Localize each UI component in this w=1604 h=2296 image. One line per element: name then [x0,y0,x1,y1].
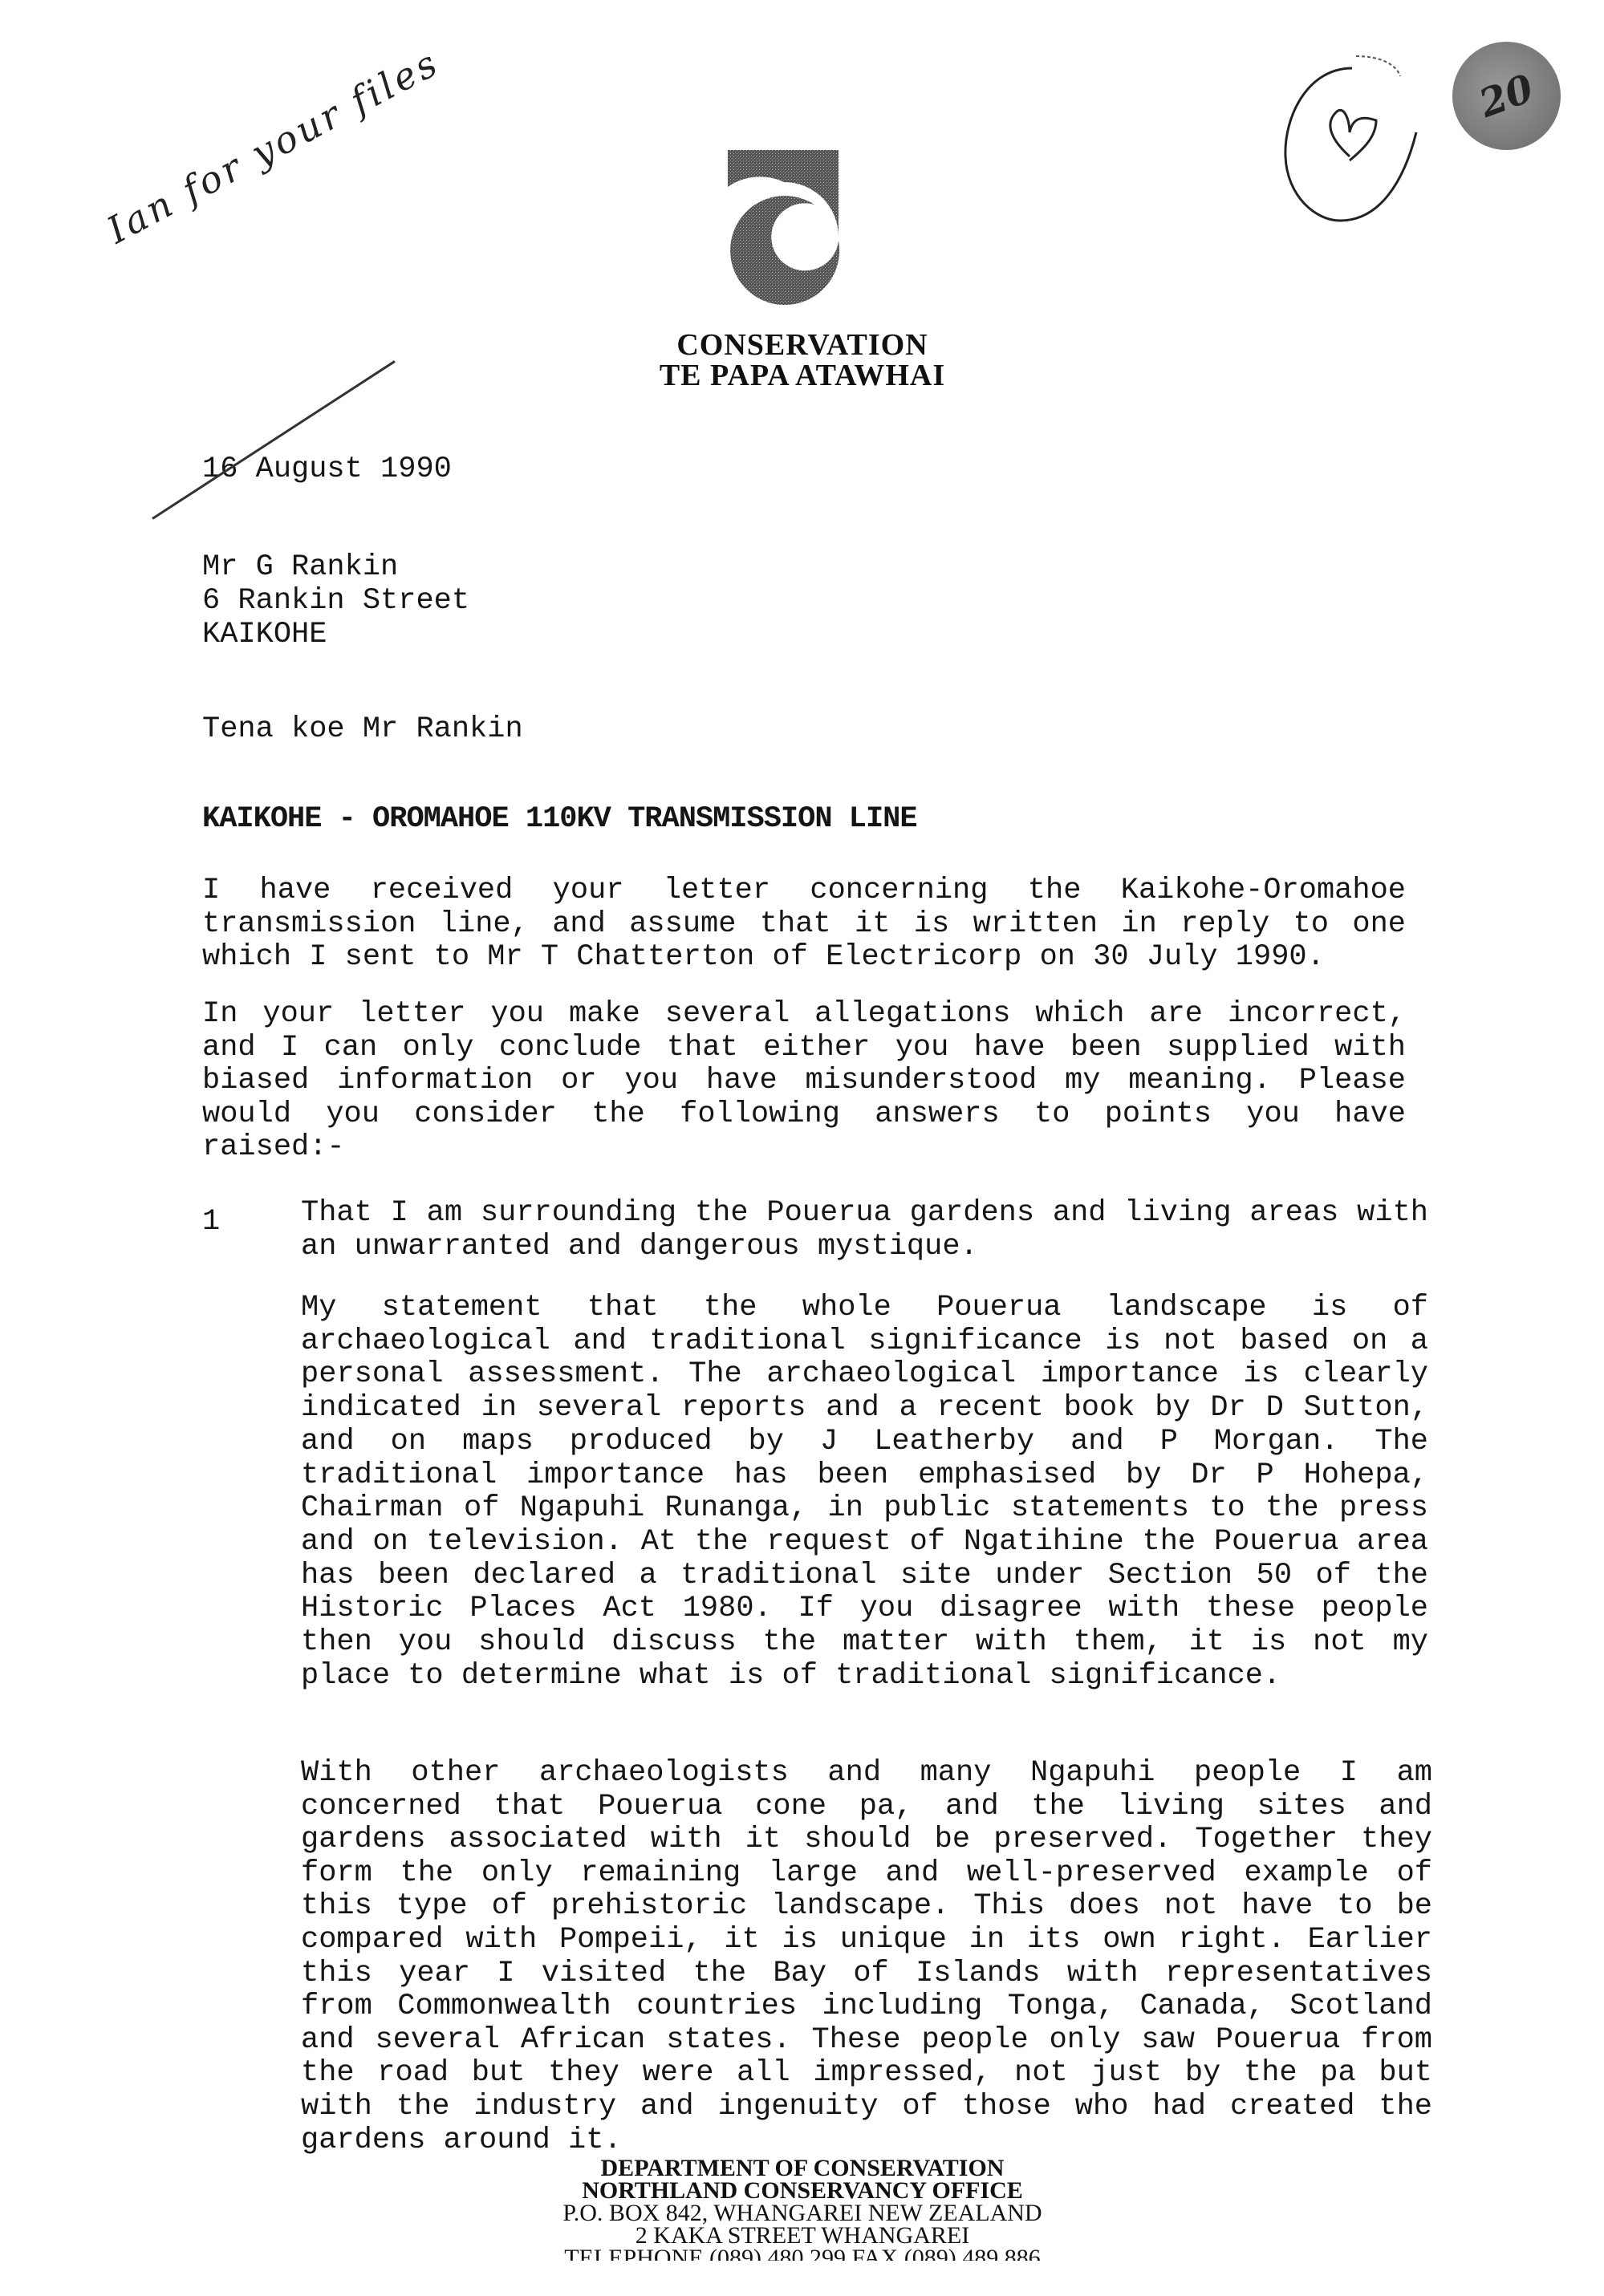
footer-phone-fax: TELEPHONE (089) 480 299 FAX (089) 489 88… [401,2246,1204,2261]
org-subtitle: TE PAPA ATAWHAI [562,359,1043,391]
recipient-name: Mr G Rankin [202,550,398,584]
subject-heading: KAIKOHE - OROMAHOE 110KV TRANSMISSION LI… [202,802,917,836]
stamp-number: 20 [1474,66,1540,126]
circled-heart-mark-icon [1276,52,1428,225]
letter-date: 16 August 1990 [202,452,452,486]
paragraph-intro: I have received your letter concerning t… [202,874,1406,975]
point-claim: That I am surrounding the Pouerua garden… [301,1197,1428,1264]
recipient-town: KAIKOHE [202,618,327,651]
point-number: 1 [202,1205,220,1239]
number-stamp: 20 [1452,42,1561,150]
footer-street: 2 KAKA STREET WHANGAREI [401,2224,1204,2248]
paragraph-allegations: In your letter you make several allegati… [202,998,1406,1165]
org-title: CONSERVATION [562,329,1043,361]
point-response-1: My statement that the whole Pouerua land… [301,1292,1428,1693]
point-response-2: With other archaeologists and many Ngapu… [301,1757,1432,2157]
recipient-street: 6 Rankin Street [202,584,469,618]
strikethrough-mark [152,360,396,520]
salutation: Tena koe Mr Rankin [202,712,523,746]
conservation-logo-icon [726,148,843,309]
handwritten-note: Ian for your files [100,40,447,252]
